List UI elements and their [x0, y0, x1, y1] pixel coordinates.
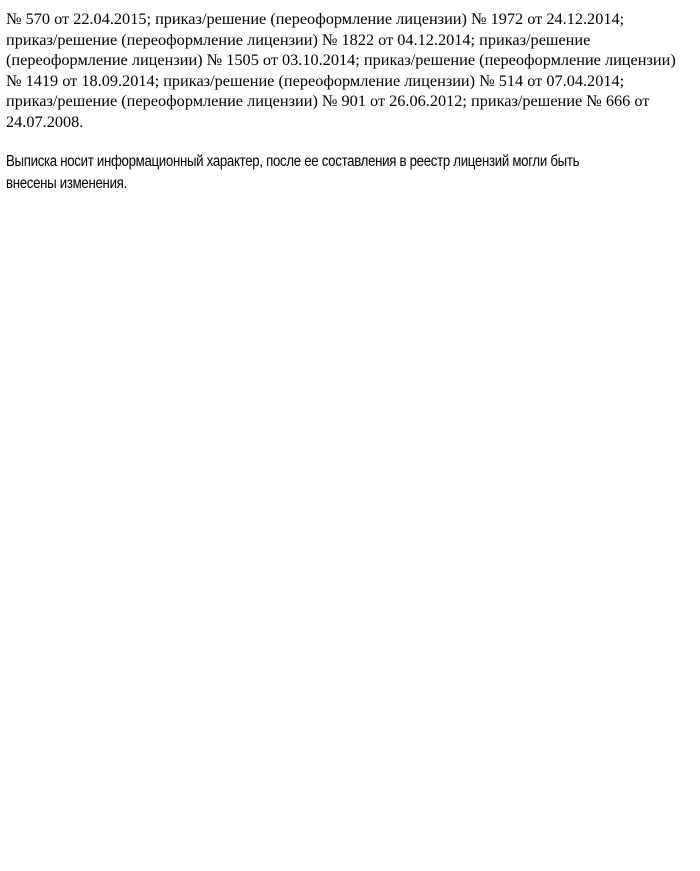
text-line: внесены изменения. — [6, 173, 608, 195]
text-line: приказ/решение (переоформление лицензии)… — [6, 91, 700, 112]
document-page: № 570 от 22.04.2015; приказ/решение (пер… — [6, 9, 700, 195]
text-line: Выписка носит информационный характер, п… — [6, 151, 608, 173]
text-line: № 1419 от 18.09.2014; приказ/решение (пе… — [6, 71, 700, 92]
text-line: (переоформление лицензии) № 1505 от 03.1… — [6, 50, 700, 71]
text-line: № 570 от 22.04.2015; приказ/решение (пер… — [6, 9, 700, 30]
text-line: приказ/решение (переоформление лицензии)… — [6, 30, 700, 51]
license-orders-paragraph: № 570 от 22.04.2015; приказ/решение (пер… — [6, 9, 700, 133]
disclaimer-paragraph: Выписка носит информационный характер, п… — [6, 151, 700, 195]
text-line: 24.07.2008. — [6, 112, 700, 133]
